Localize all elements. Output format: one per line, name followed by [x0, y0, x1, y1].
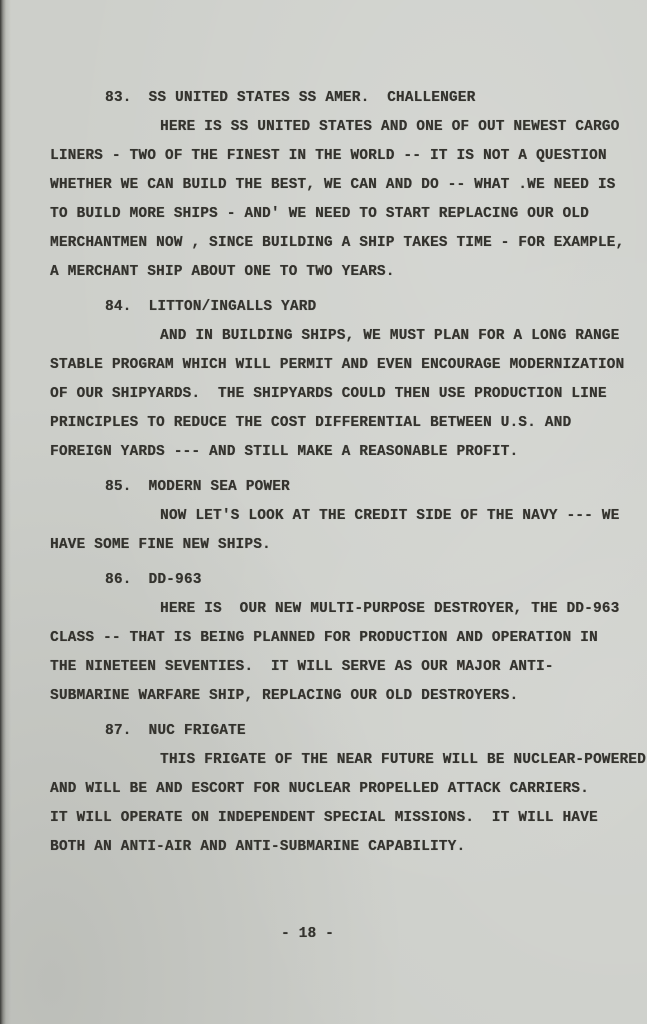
document-content: 83.SS UNITED STATES SS AMER. CHALLENGERH… [0, 0, 647, 862]
paragraph-line: WHETHER WE CAN BUILD THE BEST, WE CAN AN… [50, 171, 627, 200]
section-84: 84.LITTON/INGALLS YARDAND IN BUILDING SH… [50, 293, 627, 467]
paragraph-line: AND IN BUILDING SHIPS, WE MUST PLAN FOR … [50, 322, 627, 351]
section-number: 84. [105, 293, 132, 322]
section-heading: 86.DD-963 [50, 566, 627, 595]
section-83: 83.SS UNITED STATES SS AMER. CHALLENGERH… [50, 84, 627, 287]
paragraph-line: STABLE PROGRAM WHICH WILL PERMIT AND EVE… [50, 351, 627, 380]
section-85: 85.MODERN SEA POWERNOW LET'S LOOK AT THE… [50, 473, 627, 560]
section-87: 87.NUC FRIGATETHIS FRIGATE OF THE NEAR F… [50, 717, 627, 862]
section-number: 85. [105, 473, 132, 502]
section-paragraph: NOW LET'S LOOK AT THE CREDIT SIDE OF THE… [50, 502, 627, 560]
paragraph-line: NOW LET'S LOOK AT THE CREDIT SIDE OF THE… [50, 502, 627, 531]
section-paragraph: AND IN BUILDING SHIPS, WE MUST PLAN FOR … [50, 322, 627, 467]
section-title: NUC FRIGATE [149, 723, 246, 739]
paragraph-line: BOTH AN ANTI-AIR AND ANTI-SUBMARINE CAPA… [50, 833, 627, 862]
paragraph-line: MERCHANTMEN NOW , SINCE BUILDING A SHIP … [50, 229, 627, 258]
section-paragraph: THIS FRIGATE OF THE NEAR FUTURE WILL BE … [50, 746, 627, 862]
section-title: LITTON/INGALLS YARD [149, 299, 317, 315]
paragraph-line: CLASS -- THAT IS BEING PLANNED FOR PRODU… [50, 624, 627, 653]
section-number: 86. [105, 566, 132, 595]
paragraph-line: LINERS - TWO OF THE FINEST IN THE WORLD … [50, 142, 627, 171]
section-number: 83. [105, 84, 132, 113]
section-86: 86.DD-963HERE IS OUR NEW MULTI-PURPOSE D… [50, 566, 627, 711]
section-heading: 87.NUC FRIGATE [50, 717, 627, 746]
section-title: MODERN SEA POWER [149, 479, 290, 495]
page-number: - 18 - [0, 920, 631, 949]
paragraph-line: A MERCHANT SHIP ABOUT ONE TO TWO YEARS. [50, 258, 627, 287]
paragraph-line: FOREIGN YARDS --- AND STILL MAKE A REASO… [50, 438, 627, 467]
section-title: SS UNITED STATES SS AMER. CHALLENGER [149, 90, 476, 106]
section-paragraph: HERE IS OUR NEW MULTI-PURPOSE DESTROYER,… [50, 595, 627, 711]
paragraph-line: AND WILL BE AND ESCORT FOR NUCLEAR PROPE… [50, 775, 627, 804]
section-paragraph: HERE IS SS UNITED STATES AND ONE OF OUT … [50, 113, 627, 287]
paragraph-line: THIS FRIGATE OF THE NEAR FUTURE WILL BE … [50, 746, 627, 775]
section-number: 87. [105, 717, 132, 746]
paragraph-line: HERE IS SS UNITED STATES AND ONE OF OUT … [50, 113, 627, 142]
paragraph-line: SUBMARINE WARFARE SHIP, REPLACING OUR OL… [50, 682, 627, 711]
paragraph-line: HERE IS OUR NEW MULTI-PURPOSE DESTROYER,… [50, 595, 627, 624]
paragraph-line: IT WILL OPERATE ON INDEPENDENT SPECIAL M… [50, 804, 627, 833]
paragraph-line: OF OUR SHIPYARDS. THE SHIPYARDS COULD TH… [50, 380, 627, 409]
document-page: 83.SS UNITED STATES SS AMER. CHALLENGERH… [0, 0, 647, 1024]
paragraph-line: PRINCIPLES TO REDUCE THE COST DIFFERENTI… [50, 409, 627, 438]
section-heading: 83.SS UNITED STATES SS AMER. CHALLENGER [50, 84, 627, 113]
section-heading: 85.MODERN SEA POWER [50, 473, 627, 502]
paragraph-line: HAVE SOME FINE NEW SHIPS. [50, 531, 627, 560]
section-title: DD-963 [149, 572, 202, 588]
paragraph-line: THE NINETEEN SEVENTIES. IT WILL SERVE AS… [50, 653, 627, 682]
section-heading: 84.LITTON/INGALLS YARD [50, 293, 627, 322]
paragraph-line: TO BUILD MORE SHIPS - AND' WE NEED TO ST… [50, 200, 627, 229]
